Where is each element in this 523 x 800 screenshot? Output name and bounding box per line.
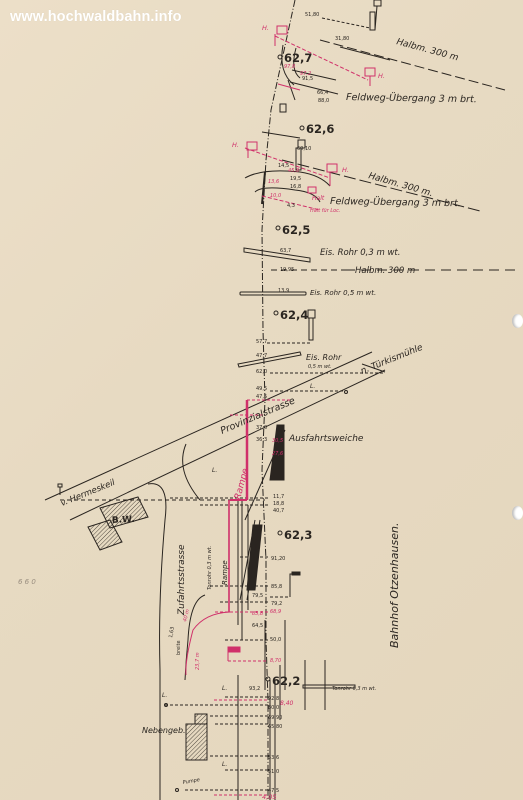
svg-text:79,2: 79,2 xyxy=(271,601,282,607)
halbm-label-2: Halbm. 300 m. xyxy=(367,171,434,199)
track-plan-drawing: 62,7 62,6 62,5 62,4 62,3 62,2 Halbm. 300… xyxy=(0,0,523,800)
distant-signal-icon xyxy=(374,0,381,6)
crossing-marker-icon xyxy=(280,104,286,112)
svg-text:65,80: 65,80 xyxy=(268,724,282,730)
nebengebaeude-label: Nebengeb. xyxy=(142,726,186,735)
svg-text:66,4: 66,4 xyxy=(317,90,328,96)
svg-text:breite: breite xyxy=(176,640,182,655)
tonrohr-vertical-label: Tonrohr 0,3 m wt. xyxy=(207,546,213,590)
svg-text:L.: L. xyxy=(212,467,217,474)
home-signal-icon-4 xyxy=(327,164,337,172)
svg-text:1,63: 1,63 xyxy=(168,626,176,638)
halt-fuer-loc-label: Halt für Loc. xyxy=(310,208,341,214)
svg-text:47,5: 47,5 xyxy=(256,394,267,400)
svg-text:19,95: 19,95 xyxy=(280,267,294,273)
svg-text:23,7 m: 23,7 m xyxy=(195,652,201,670)
svg-text:13,6: 13,6 xyxy=(268,179,279,185)
provinzialstrasse-upper-edge xyxy=(45,352,372,500)
svg-text:36,3: 36,3 xyxy=(256,437,267,443)
eis-rohr-label-2: Eis. Rohr 0,5 m wt. xyxy=(310,289,376,297)
pumpe-label: Pumpe xyxy=(182,777,200,786)
rampe-red-label: Rampe xyxy=(233,467,251,501)
svg-text:88,0: 88,0 xyxy=(318,98,329,104)
signal-h-2: H. xyxy=(378,72,385,80)
svg-text:51,0: 51,0 xyxy=(268,769,279,775)
svg-text:L.: L. xyxy=(222,761,227,768)
svg-text:92,8: 92,8 xyxy=(268,696,279,702)
svg-text:85,8: 85,8 xyxy=(271,584,282,590)
signal-h-3: H. xyxy=(232,141,239,149)
svg-text:60,10: 60,10 xyxy=(297,146,311,152)
km-marker-62-7: 62,7 xyxy=(284,51,312,65)
svg-text:50,0: 50,0 xyxy=(270,637,281,643)
halbm-label-1: Halbm. 300 m xyxy=(395,37,459,63)
svg-text:4,05: 4,05 xyxy=(262,793,276,800)
eis-rohr-label-3: Eis. Rohr xyxy=(306,353,342,362)
halbm-label-3: Halbm. 300 m xyxy=(355,266,415,276)
km-marker-62-2: 62,2 xyxy=(272,674,300,688)
halt-label: Halt xyxy=(312,195,325,202)
svg-text:L.: L. xyxy=(222,685,227,692)
track-plan-sheet: www.hochwaldbahn.info xyxy=(0,0,523,800)
svg-text:40,7: 40,7 xyxy=(273,508,284,514)
svg-text:31,80: 31,80 xyxy=(335,36,349,42)
svg-text:51,80: 51,80 xyxy=(305,12,319,18)
svg-text:97,8: 97,8 xyxy=(284,64,295,70)
eis-rohr-label-3-sub: 0,5 m wt. xyxy=(308,364,332,370)
km-marker-62-3: 62,3 xyxy=(284,528,312,542)
zufahrtsstrasse-label: Zufahrtsstrasse xyxy=(177,544,187,616)
svg-text:64,5: 64,5 xyxy=(252,623,263,629)
km-marker-62-6: 62,6 xyxy=(306,122,334,136)
tonrohr-label-2: Tonrohr 0,3 m wt. xyxy=(332,686,376,692)
ausfahrtsweiche-label: Ausfahrtsweiche xyxy=(288,434,364,444)
svg-text:8,40: 8,40 xyxy=(280,700,294,707)
svg-text:L.: L. xyxy=(310,383,315,390)
eis-rohr-label-1: Eis. Rohr 0,3 m wt. xyxy=(320,248,400,258)
svg-text:91,20: 91,20 xyxy=(271,556,285,562)
svg-text:8,70: 8,70 xyxy=(270,658,281,664)
svg-text:45,8: 45,8 xyxy=(288,168,299,174)
hermeskeil-label: v. Hermeskeil xyxy=(59,478,117,509)
svg-text:97,2: 97,2 xyxy=(300,71,311,77)
pencil-note: 6 6 0 xyxy=(18,578,36,586)
svg-text:37,0: 37,0 xyxy=(256,425,267,431)
svg-text:30,5: 30,5 xyxy=(272,438,283,444)
km-marker-62-4: 62,4 xyxy=(280,308,308,322)
feldweg-label-2: Feldweg-Übergang 3 m brt. xyxy=(330,196,461,209)
station-title: Bahnhof Otzenhausen. xyxy=(388,523,401,648)
svg-text:13,9: 13,9 xyxy=(278,288,289,294)
rampe-label: Rampe xyxy=(221,560,229,585)
svg-text:27,6: 27,6 xyxy=(272,451,283,457)
svg-text:69,90: 69,90 xyxy=(268,715,282,721)
km-marker-62-5: 62,5 xyxy=(282,223,310,237)
svg-text:57,7: 57,7 xyxy=(256,339,267,345)
signal-h-1: H. xyxy=(262,24,269,32)
svg-text:4,3: 4,3 xyxy=(287,203,295,209)
svg-text:53,6: 53,6 xyxy=(268,755,279,761)
svg-text:19,5: 19,5 xyxy=(290,176,301,182)
svg-text:83,8: 83,8 xyxy=(252,611,263,617)
nebengebaeude xyxy=(186,714,207,760)
svg-text:93,2: 93,2 xyxy=(249,686,260,692)
bw-label: B.W. xyxy=(112,515,135,526)
svg-text:49,5: 49,5 xyxy=(256,386,267,392)
tuerkismuehle-label: n. Türkismühle xyxy=(359,343,424,377)
svg-text:63,7: 63,7 xyxy=(280,248,291,254)
svg-text:47,7: 47,7 xyxy=(256,353,267,359)
home-signal-icon-1 xyxy=(277,26,287,34)
svg-text:80,0: 80,0 xyxy=(268,705,279,711)
svg-text:18,8: 18,8 xyxy=(273,501,284,507)
svg-text:L.: L. xyxy=(162,692,167,699)
home-signal-icon-2 xyxy=(365,68,375,76)
feldweg-label-1: Feldweg-Übergang 3 m brt. xyxy=(346,92,477,105)
signal-h-4: H. xyxy=(342,166,349,174)
svg-text:62,0: 62,0 xyxy=(256,369,267,375)
svg-text:16,8: 16,8 xyxy=(290,184,301,190)
svg-text:68,9: 68,9 xyxy=(270,609,281,615)
svg-text:79,5: 79,5 xyxy=(252,593,263,599)
svg-text:11,7: 11,7 xyxy=(273,494,284,500)
svg-text:10,0: 10,0 xyxy=(270,193,281,199)
